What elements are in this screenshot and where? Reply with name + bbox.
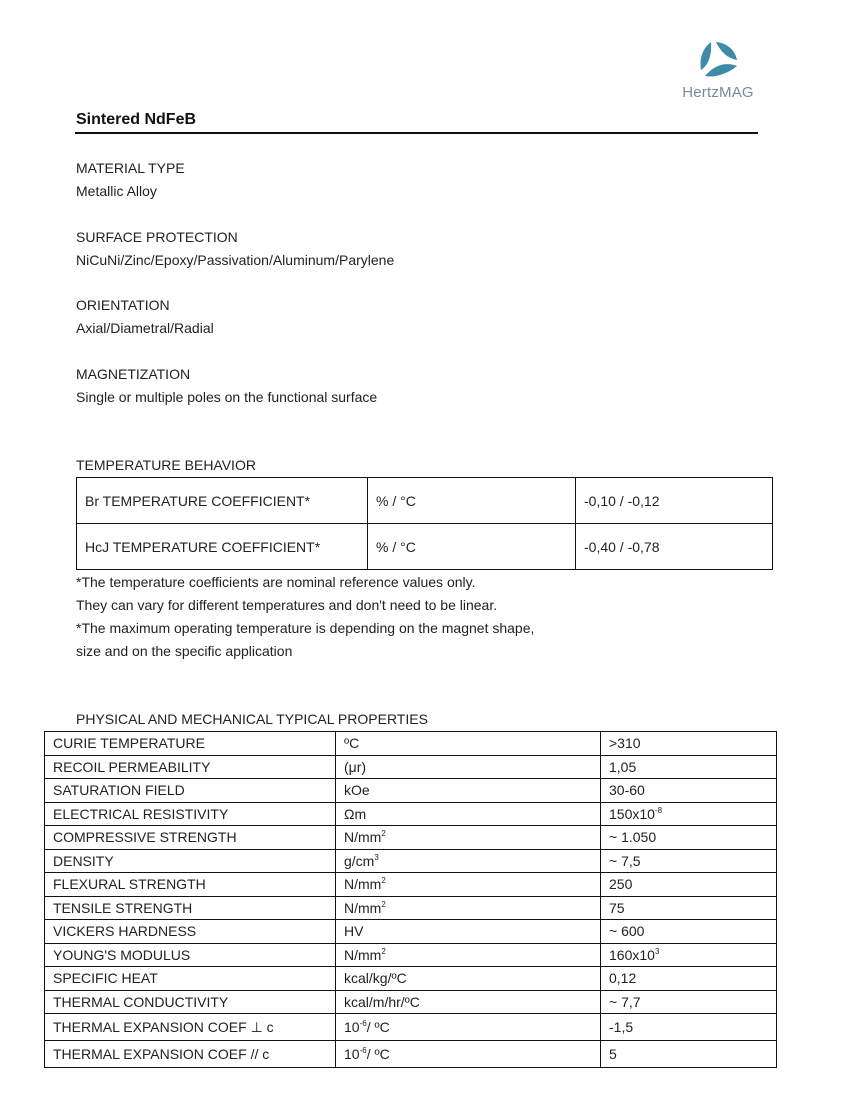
table-row: CURIE TEMPERATUREºC>310: [45, 732, 777, 756]
value-cell: ~ 7,7: [601, 990, 777, 1014]
value-cell: ~ 1.050: [601, 826, 777, 850]
property-cell: SATURATION FIELD: [45, 779, 336, 803]
section-heading: MAGNETIZATION: [76, 363, 377, 386]
table-row: RECOIL PERMEABILITY(μr)1,05: [45, 755, 777, 779]
unit-superscript: 2: [381, 947, 385, 956]
unit-cell: N/mm2: [336, 826, 601, 850]
unit-text: kcal/kg/ºC: [344, 970, 407, 986]
unit-text: Ωm: [344, 806, 366, 822]
property-cell: SPECIFIC HEAT: [45, 967, 336, 991]
unit-tail: / ºC: [367, 1019, 390, 1035]
property-cell: COMPRESSIVE STRENGTH: [45, 826, 336, 850]
table-row: YOUNG'S MODULUSN/mm2160x103: [45, 943, 777, 967]
section-heading: ORIENTATION: [76, 294, 214, 317]
section-value: Axial/Diametral/Radial: [76, 317, 214, 340]
property-cell: THERMAL CONDUCTIVITY: [45, 990, 336, 1014]
value-text: 0,12: [609, 970, 636, 986]
unit-cell: kcal/kg/ºC: [336, 967, 601, 991]
section-heading: MATERIAL TYPE: [76, 157, 185, 180]
property-cell: DENSITY: [45, 849, 336, 873]
table-row: TENSILE STRENGTHN/mm275: [45, 896, 777, 920]
unit-superscript: -6: [360, 1019, 367, 1028]
title-divider: [75, 132, 758, 134]
unit-text: N/mm: [344, 900, 381, 916]
unit-cell: N/mm2: [336, 896, 601, 920]
value-text: 75: [609, 900, 625, 916]
table-row: HcJ TEMPERATURE COEFFICIENT* % / °C -0,4…: [77, 524, 773, 570]
note-line: size and on the specific application: [76, 640, 534, 663]
property-cell: HcJ TEMPERATURE COEFFICIENT*: [77, 524, 368, 570]
value-text: >310: [609, 735, 641, 751]
unit-superscript: -6: [360, 1046, 367, 1055]
unit-cell: g/cm3: [336, 849, 601, 873]
unit-cell: % / °C: [368, 478, 576, 524]
brand-logo: HertzMAG: [676, 40, 760, 101]
property-cell: CURIE TEMPERATURE: [45, 732, 336, 756]
value-cell: ~ 600: [601, 920, 777, 944]
property-cell: THERMAL EXPANSION COEF ⊥ c: [45, 1014, 336, 1041]
section-material-type: MATERIAL TYPE Metallic Alloy: [76, 157, 185, 203]
hertzmag-logo-icon: [697, 40, 739, 80]
unit-text: kOe: [344, 782, 370, 798]
section-orientation: ORIENTATION Axial/Diametral/Radial: [76, 294, 214, 340]
unit-cell: 10-6/ ºC: [336, 1041, 601, 1068]
unit-cell: ºC: [336, 732, 601, 756]
unit-tail: / ºC: [367, 1046, 390, 1062]
table-row: THERMAL CONDUCTIVITYkcal/m/hr/ºC~ 7,7: [45, 990, 777, 1014]
value-superscript: 3: [655, 947, 659, 956]
value-text: 160x10: [609, 947, 655, 963]
section-value: Metallic Alloy: [76, 180, 185, 203]
section-heading: SURFACE PROTECTION: [76, 226, 394, 249]
value-cell: 30-60: [601, 779, 777, 803]
unit-text: g/cm: [344, 853, 374, 869]
physical-properties-heading: PHYSICAL AND MECHANICAL TYPICAL PROPERTI…: [76, 711, 428, 727]
brand-name: HertzMAG: [676, 84, 760, 101]
section-surface-protection: SURFACE PROTECTION NiCuNi/Zinc/Epoxy/Pas…: [76, 226, 394, 272]
unit-text: ºC: [344, 735, 359, 751]
value-text: 1,05: [609, 759, 636, 775]
unit-cell: kOe: [336, 779, 601, 803]
property-cell: TENSILE STRENGTH: [45, 896, 336, 920]
table-row: THERMAL EXPANSION COEF // c10-6/ ºC5: [45, 1041, 777, 1068]
unit-superscript: 2: [381, 900, 385, 909]
value-cell: -0,40 / -0,78: [576, 524, 773, 570]
value-cell: 5: [601, 1041, 777, 1068]
property-cell: VICKERS HARDNESS: [45, 920, 336, 944]
value-cell: 150x10-8: [601, 802, 777, 826]
property-cell: THERMAL EXPANSION COEF // c: [45, 1041, 336, 1068]
table-row: Br TEMPERATURE COEFFICIENT* % / °C -0,10…: [77, 478, 773, 524]
table-row: THERMAL EXPANSION COEF ⊥ c10-6/ ºC-1,5: [45, 1014, 777, 1041]
value-cell: 1,05: [601, 755, 777, 779]
temperature-behavior-heading: TEMPERATURE BEHAVIOR: [76, 457, 256, 473]
unit-cell: Ωm: [336, 802, 601, 826]
unit-text: N/mm: [344, 876, 381, 892]
value-superscript: -8: [655, 806, 662, 815]
unit-superscript: 2: [381, 876, 385, 885]
note-line: *The temperature coefficients are nomina…: [76, 571, 534, 594]
value-cell: 75: [601, 896, 777, 920]
unit-text: N/mm: [344, 829, 381, 845]
value-text: 30-60: [609, 782, 645, 798]
value-text: ~ 7,7: [609, 994, 641, 1010]
unit-text: 10: [344, 1046, 360, 1062]
unit-cell: HV: [336, 920, 601, 944]
property-cell: FLEXURAL STRENGTH: [45, 873, 336, 897]
section-value: Single or multiple poles on the function…: [76, 386, 377, 409]
value-text: 250: [609, 876, 632, 892]
note-line: They can vary for different temperatures…: [76, 594, 534, 617]
property-cell: YOUNG'S MODULUS: [45, 943, 336, 967]
unit-text: N/mm: [344, 947, 381, 963]
document-title: Sintered NdFeB: [76, 111, 196, 129]
value-text: ~ 600: [609, 923, 644, 939]
table-row: ELECTRICAL RESISTIVITYΩm150x10-8: [45, 802, 777, 826]
unit-text: (μr): [344, 759, 366, 775]
section-value: NiCuNi/Zinc/Epoxy/Passivation/Aluminum/P…: [76, 249, 394, 272]
unit-cell: % / °C: [368, 524, 576, 570]
unit-cell: (μr): [336, 755, 601, 779]
value-text: ~ 1.050: [609, 829, 656, 845]
table-row: FLEXURAL STRENGTHN/mm2250: [45, 873, 777, 897]
unit-cell: 10-6/ ºC: [336, 1014, 601, 1041]
value-cell: 160x103: [601, 943, 777, 967]
table-row: VICKERS HARDNESSHV~ 600: [45, 920, 777, 944]
value-text: 5: [609, 1046, 617, 1062]
value-cell: >310: [601, 732, 777, 756]
value-text: -1,5: [609, 1019, 633, 1035]
value-text: 150x10: [609, 806, 655, 822]
unit-cell: kcal/m/hr/ºC: [336, 990, 601, 1014]
unit-superscript: 2: [381, 829, 385, 838]
physical-properties-table: CURIE TEMPERATUREºC>310RECOIL PERMEABILI…: [44, 731, 777, 1068]
value-cell: -0,10 / -0,12: [576, 478, 773, 524]
temperature-behavior-table: Br TEMPERATURE COEFFICIENT* % / °C -0,10…: [76, 477, 773, 570]
note-line: *The maximum operating temperature is de…: [76, 617, 534, 640]
value-cell: -1,5: [601, 1014, 777, 1041]
section-magnetization: MAGNETIZATION Single or multiple poles o…: [76, 363, 377, 409]
unit-text: kcal/m/hr/ºC: [344, 994, 420, 1010]
value-text: ~ 7,5: [609, 853, 641, 869]
table-row: SATURATION FIELDkOe30-60: [45, 779, 777, 803]
value-cell: 250: [601, 873, 777, 897]
value-cell: 0,12: [601, 967, 777, 991]
table-row: SPECIFIC HEATkcal/kg/ºC0,12: [45, 967, 777, 991]
property-cell: Br TEMPERATURE COEFFICIENT*: [77, 478, 368, 524]
unit-text: HV: [344, 923, 363, 939]
temperature-notes: *The temperature coefficients are nomina…: [76, 571, 534, 663]
property-cell: ELECTRICAL RESISTIVITY: [45, 802, 336, 826]
table-row: COMPRESSIVE STRENGTHN/mm2~ 1.050: [45, 826, 777, 850]
unit-cell: N/mm2: [336, 943, 601, 967]
unit-superscript: 3: [374, 853, 378, 862]
unit-text: 10: [344, 1019, 360, 1035]
property-cell: RECOIL PERMEABILITY: [45, 755, 336, 779]
unit-cell: N/mm2: [336, 873, 601, 897]
value-cell: ~ 7,5: [601, 849, 777, 873]
table-row: DENSITYg/cm3~ 7,5: [45, 849, 777, 873]
